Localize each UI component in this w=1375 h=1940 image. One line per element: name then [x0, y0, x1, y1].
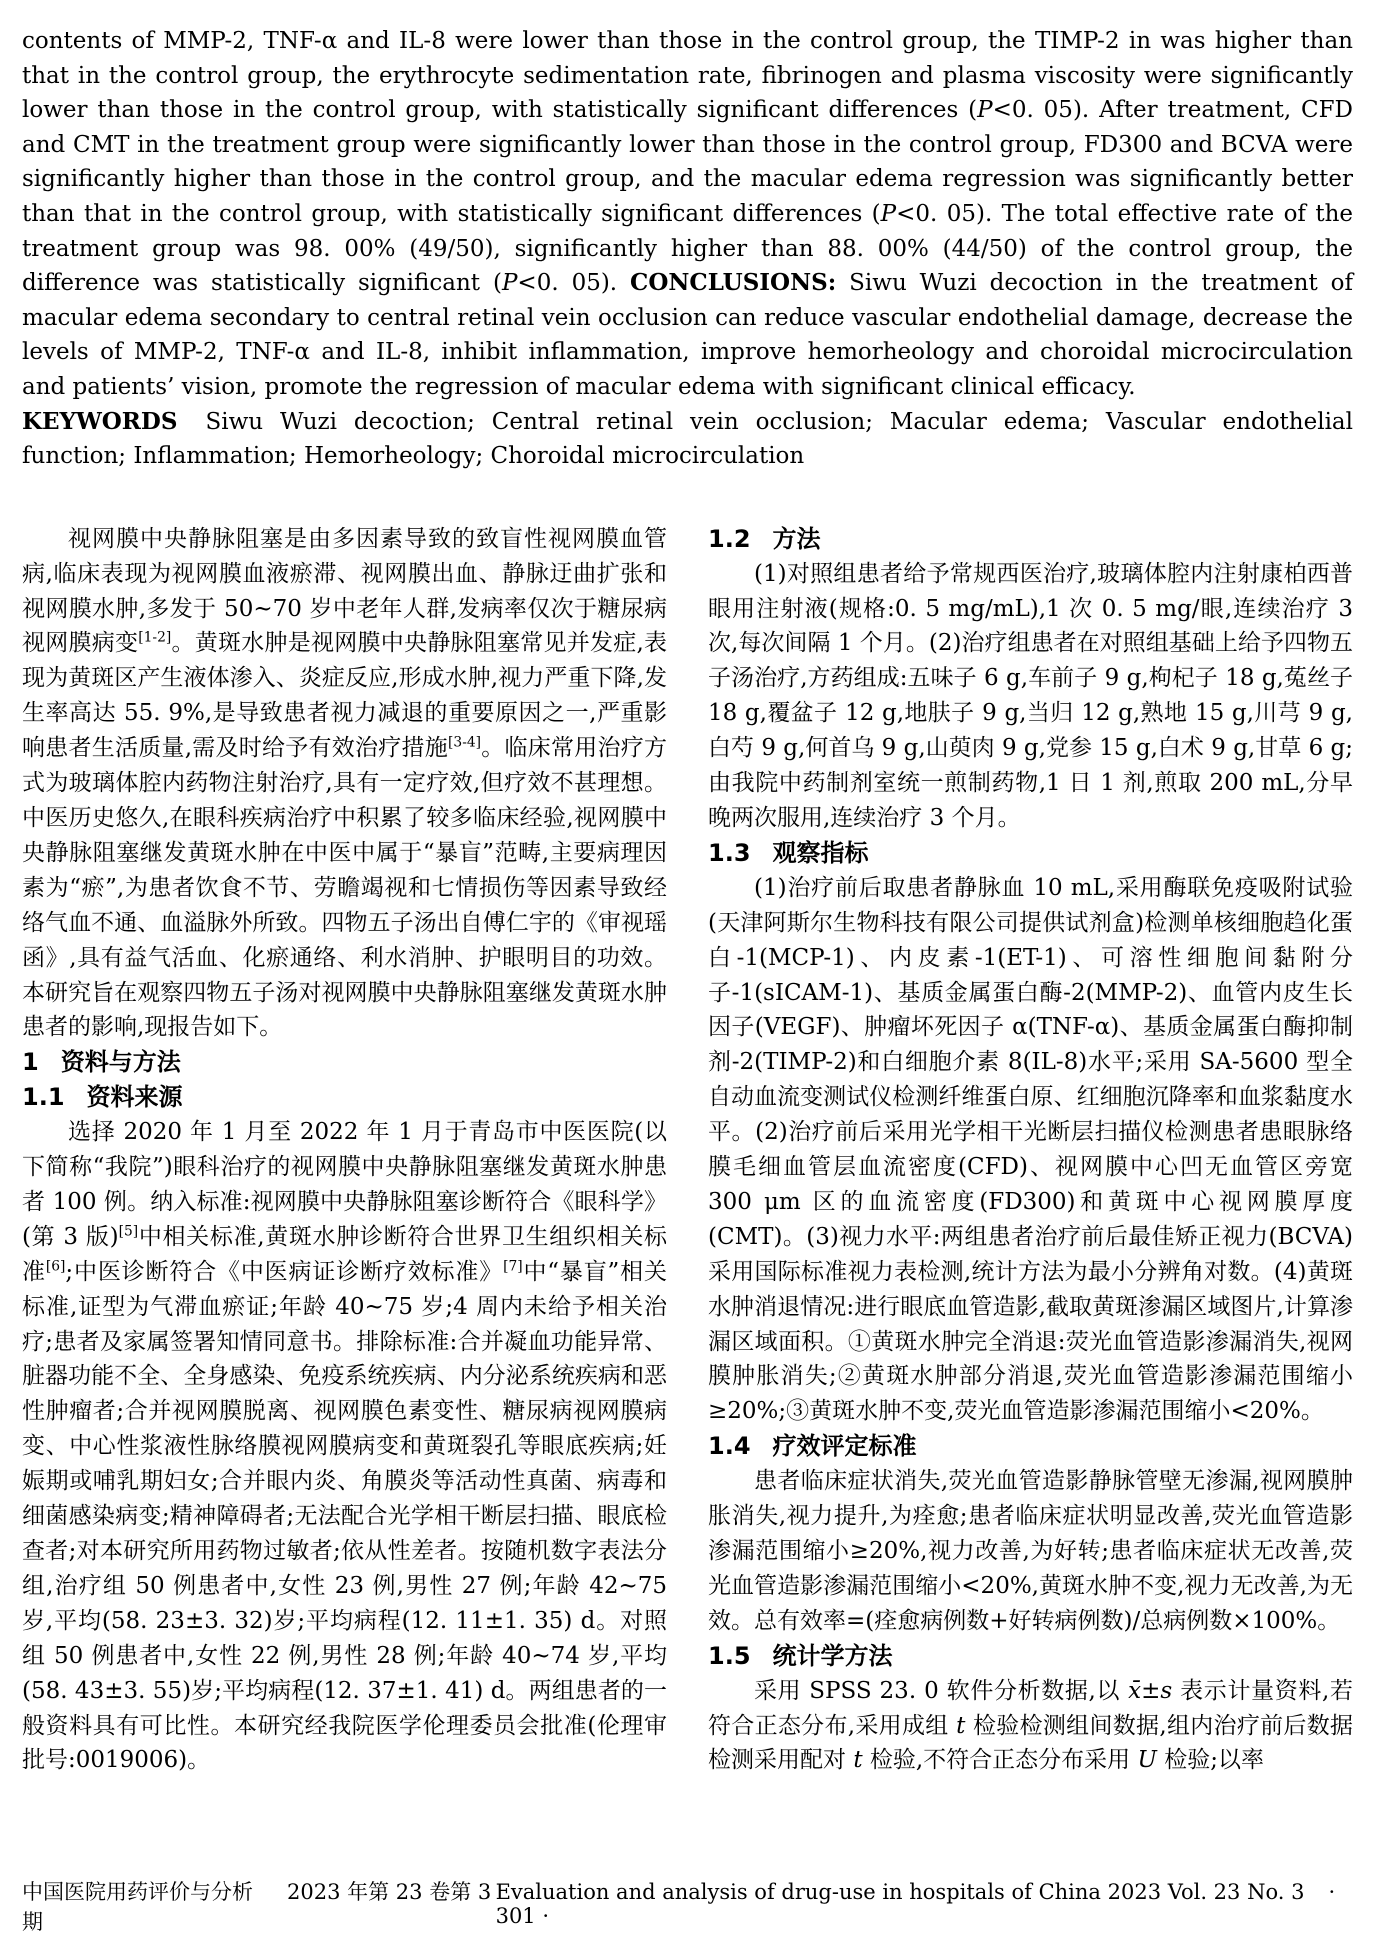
- efficacy-criteria-paragraph: 患者临床症状消失,荧光血管造影静脉管壁无渗漏,视网膜肿胀消失,视力提升,为痊愈;…: [708, 1464, 1353, 1639]
- section-heading-1-5: 1.5统计学方法: [708, 1639, 1353, 1674]
- section-title: 统计学方法: [773, 1642, 893, 1670]
- section-heading-1-1: 1.1资料来源: [22, 1080, 667, 1115]
- section-heading-1-4: 1.4疗效评定标准: [708, 1429, 1353, 1464]
- section-number: 1.5: [708, 1642, 751, 1670]
- footer-right: Evaluation and analysis of drug-use in h…: [496, 1880, 1353, 1928]
- journal-title-en: Evaluation and analysis of drug-use in h…: [496, 1880, 1305, 1904]
- section-number: 1.1: [22, 1083, 65, 1111]
- two-column-body: 视网膜中央静脉阻塞是由多因素导致的致盲性视网膜血管病,临床表现为视网膜血液瘀滞、…: [22, 522, 1353, 1779]
- section-title: 方法: [773, 525, 821, 553]
- data-source-paragraph: 选择 2020 年 1 月至 2022 年 1 月于青岛市中医医院(以下简称“我…: [22, 1115, 667, 1778]
- intro-paragraph: 视网膜中央静脉阻塞是由多因素导致的致盲性视网膜血管病,临床表现为视网膜血液瘀滞、…: [22, 522, 667, 1046]
- left-column: 视网膜中央静脉阻塞是由多因素导致的致盲性视网膜血管病,临床表现为视网膜血液瘀滞、…: [22, 522, 667, 1779]
- section-title: 资料来源: [87, 1083, 183, 1111]
- page-footer: 中国医院用药评价与分析2023 年第 23 卷第 3 期 Evaluation …: [22, 1876, 1353, 1936]
- methods-paragraph: (1)对照组患者给予常规西医治疗,玻璃体腔内注射康柏西普眼用注射液(规格:0. …: [708, 557, 1353, 836]
- section-title: 疗效评定标准: [773, 1432, 917, 1460]
- section-heading-1: 1资料与方法: [22, 1045, 667, 1080]
- section-number: 1.2: [708, 525, 751, 553]
- section-heading-1-2: 1.2方法: [708, 522, 1353, 557]
- section-number: 1.4: [708, 1432, 751, 1460]
- keywords-line: KEYWORDSSiwu Wuzi decoction; Central ret…: [22, 405, 1353, 474]
- keywords-label: KEYWORDS: [22, 408, 177, 435]
- section-title: 观察指标: [773, 839, 869, 867]
- section-title: 资料与方法: [61, 1048, 181, 1076]
- section-number: 1: [22, 1048, 39, 1076]
- footer-left: 中国医院用药评价与分析2023 年第 23 卷第 3 期: [22, 1876, 496, 1936]
- journal-page: contents of MMP-2, TNF-α and IL-8 were l…: [0, 0, 1375, 1940]
- observation-index-paragraph: (1)治疗前后取患者静脉血 10 mL,采用酶联免疫吸附试验(天津阿斯尔生物科技…: [708, 871, 1353, 1430]
- section-number: 1.3: [708, 839, 751, 867]
- abstract-continuation-text: contents of MMP-2, TNF-α and IL-8 were l…: [22, 24, 1353, 405]
- journal-title-cn: 中国医院用药评价与分析: [22, 1880, 253, 1904]
- right-column: 1.2方法 (1)对照组患者给予常规西医治疗,玻璃体腔内注射康柏西普眼用注射液(…: [708, 522, 1353, 1779]
- keywords-text: Siwu Wuzi decoction; Central retinal vei…: [22, 409, 1353, 470]
- statistics-paragraph: 采用 SPSS 23. 0 软件分析数据,以 x̄±s 表示计量资料,若符合正态…: [708, 1674, 1353, 1779]
- section-heading-1-3: 1.3观察指标: [708, 836, 1353, 871]
